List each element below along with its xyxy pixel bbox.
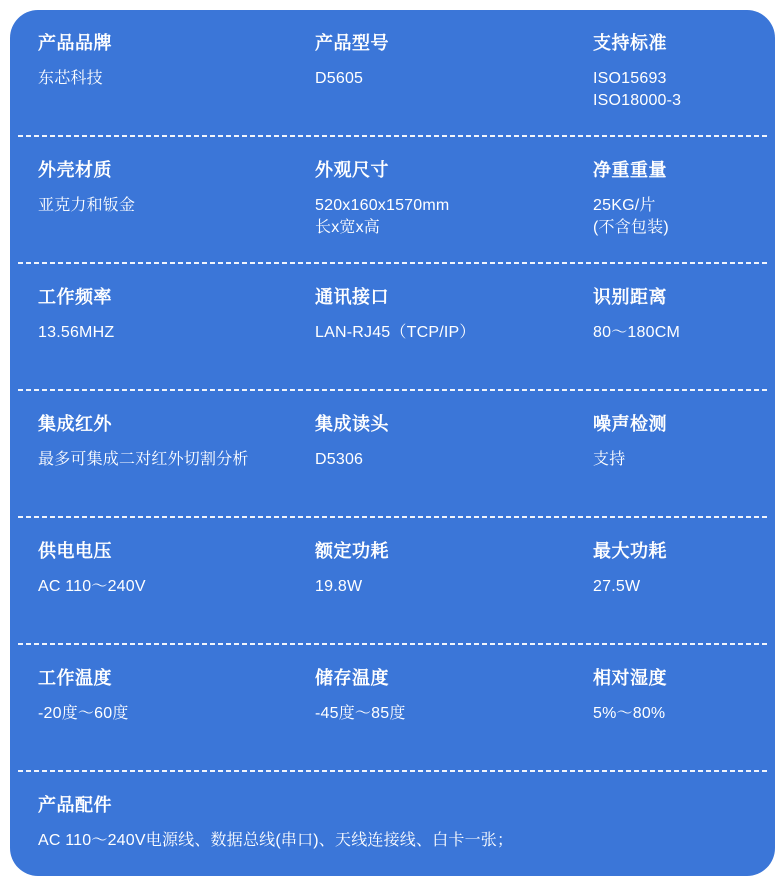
spec-value-supply-voltage: AC 110～240V: [38, 576, 315, 598]
spec-value-shell-material: 亚克力和钣金: [38, 195, 315, 217]
spec-row-accessories: 产品配件 AC 110～240V电源线、数据总线(串口)、天线连接线、白卡一张；: [10, 772, 775, 874]
spec-label-supply-voltage: 供电电压: [38, 541, 315, 561]
spec-row-material-size-weight: 外壳材质 亚克力和钣金 外观尺寸 520x160x1570mm 长x宽x高 净重…: [10, 137, 775, 262]
spec-label-working-temperature: 工作温度: [38, 668, 315, 688]
spec-row-infrared-reader-noise: 集成红外 最多可集成二对红外切割分析 集成读头 D5306 噪声检测 支持: [10, 391, 775, 516]
spec-cell-communication-interface: 通讯接口 LAN-RJ45（TCP/IP）: [315, 287, 593, 389]
spec-label-shell-material: 外壳材质: [38, 160, 315, 180]
spec-cell-integrated-infrared: 集成红外 最多可集成二对红外切割分析: [38, 414, 315, 516]
spec-value-working-temperature: -20度～60度: [38, 703, 315, 725]
spec-value-working-frequency: 13.56MHZ: [38, 322, 315, 344]
spec-cell-shell-material: 外壳材质 亚克力和钣金: [38, 160, 315, 262]
spec-value-supported-standards: ISO15693 ISO18000-3: [593, 68, 755, 112]
spec-cell-storage-temperature: 储存温度 -45度～85度: [315, 668, 593, 770]
spec-cell-rated-power: 额定功耗 19.8W: [315, 541, 593, 643]
spec-value-product-model: D5605: [315, 68, 593, 90]
spec-cell-noise-detection: 噪声检测 支持: [593, 414, 755, 516]
spec-label-rated-power: 额定功耗: [315, 541, 593, 561]
spec-label-storage-temperature: 储存温度: [315, 668, 593, 688]
spec-value-storage-temperature: -45度～85度: [315, 703, 593, 725]
spec-value-dimensions: 520x160x1570mm 长x宽x高: [315, 195, 593, 239]
spec-value-integrated-reader: D5306: [315, 449, 593, 471]
spec-row-frequency-interface-distance: 工作频率 13.56MHZ 通讯接口 LAN-RJ45（TCP/IP） 识别距离…: [10, 264, 775, 389]
spec-value-integrated-infrared: 最多可集成二对红外切割分析: [38, 449, 315, 471]
spec-cell-supported-standards: 支持标准 ISO15693 ISO18000-3: [593, 33, 755, 135]
spec-label-product-model: 产品型号: [315, 33, 593, 53]
spec-value-max-power: 27.5W: [593, 576, 755, 598]
spec-label-max-power: 最大功耗: [593, 541, 755, 561]
spec-cell-dimensions: 外观尺寸 520x160x1570mm 长x宽x高: [315, 160, 593, 262]
spec-value-recognition-distance: 80～180CM: [593, 322, 755, 344]
spec-cell-product-brand: 产品品牌 东芯科技: [38, 33, 315, 135]
spec-label-net-weight: 净重重量: [593, 160, 755, 180]
spec-cell-supply-voltage: 供电电压 AC 110～240V: [38, 541, 315, 643]
spec-label-dimensions: 外观尺寸: [315, 160, 593, 180]
spec-label-noise-detection: 噪声检测: [593, 414, 755, 434]
product-spec-card: 产品品牌 东芯科技 产品型号 D5605 支持标准 ISO15693 ISO18…: [10, 10, 775, 876]
spec-cell-relative-humidity: 相对湿度 5%～80%: [593, 668, 755, 770]
spec-cell-net-weight: 净重重量 25KG/片 (不含包装): [593, 160, 755, 262]
spec-cell-max-power: 最大功耗 27.5W: [593, 541, 755, 643]
spec-row-temperature-humidity: 工作温度 -20度～60度 储存温度 -45度～85度 相对湿度 5%～80%: [10, 645, 775, 770]
spec-label-communication-interface: 通讯接口: [315, 287, 593, 307]
spec-value-communication-interface: LAN-RJ45（TCP/IP）: [315, 322, 593, 344]
spec-label-working-frequency: 工作频率: [38, 287, 315, 307]
spec-value-product-brand: 东芯科技: [38, 68, 315, 90]
spec-cell-product-model: 产品型号 D5605: [315, 33, 593, 135]
spec-label-accessories: 产品配件: [38, 795, 755, 815]
spec-value-accessories: AC 110～240V电源线、数据总线(串口)、天线连接线、白卡一张；: [38, 830, 755, 852]
spec-row-voltage-power: 供电电压 AC 110～240V 额定功耗 19.8W 最大功耗 27.5W: [10, 518, 775, 643]
spec-value-net-weight: 25KG/片 (不含包装): [593, 195, 755, 239]
spec-cell-working-temperature: 工作温度 -20度～60度: [38, 668, 315, 770]
spec-label-recognition-distance: 识别距离: [593, 287, 755, 307]
spec-label-supported-standards: 支持标准: [593, 33, 755, 53]
spec-cell-integrated-reader: 集成读头 D5306: [315, 414, 593, 516]
spec-value-rated-power: 19.8W: [315, 576, 593, 598]
spec-label-product-brand: 产品品牌: [38, 33, 315, 53]
spec-value-relative-humidity: 5%～80%: [593, 703, 755, 725]
spec-cell-recognition-distance: 识别距离 80～180CM: [593, 287, 755, 389]
spec-cell-working-frequency: 工作频率 13.56MHZ: [38, 287, 315, 389]
spec-value-noise-detection: 支持: [593, 449, 755, 471]
spec-label-integrated-reader: 集成读头: [315, 414, 593, 434]
spec-label-integrated-infrared: 集成红外: [38, 414, 315, 434]
spec-label-relative-humidity: 相对湿度: [593, 668, 755, 688]
spec-row-brand-model-standard: 产品品牌 东芯科技 产品型号 D5605 支持标准 ISO15693 ISO18…: [10, 10, 775, 135]
